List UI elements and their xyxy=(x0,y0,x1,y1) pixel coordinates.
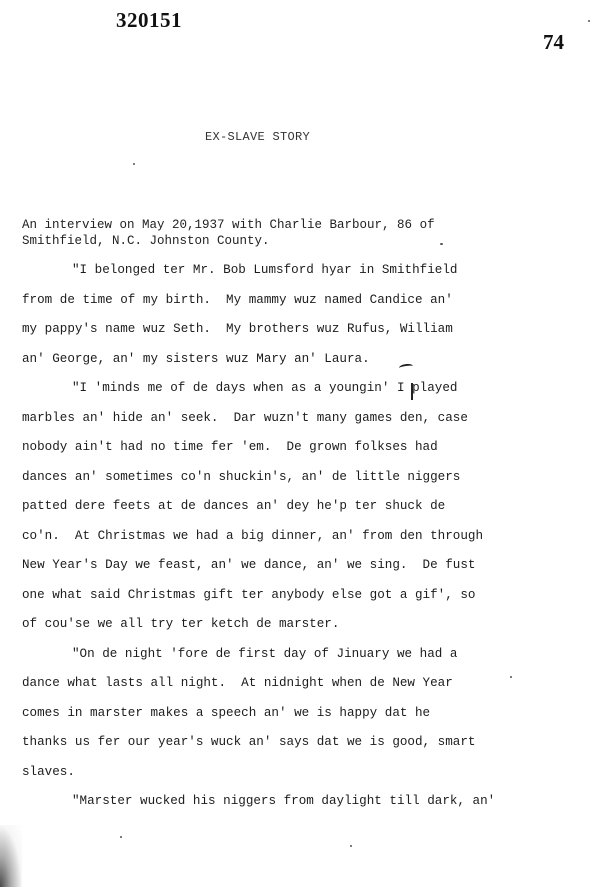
text-line: New Year's Day we feast, an' we dance, a… xyxy=(22,554,592,584)
text-line: dances an' sometimes co'n shuckin's, an'… xyxy=(22,466,592,496)
document-page: 320151 74 EX-SLAVE STORY An interview on… xyxy=(0,0,600,887)
scan-corner-smudge xyxy=(0,825,22,887)
text-line: of cou'se we all try ter ketch de marste… xyxy=(22,613,592,643)
text-line: patted dere feets at de dances an' dey h… xyxy=(22,495,592,525)
narrative-body: "I belonged ter Mr. Bob Lumsford hyar in… xyxy=(22,259,592,820)
document-number: 320151 xyxy=(116,8,182,33)
paper-speck xyxy=(588,20,590,22)
text-line: my pappy's name wuz Seth. My brothers wu… xyxy=(22,318,592,348)
text-line: one what said Christmas gift ter anybody… xyxy=(22,584,592,614)
text-line: marbles an' hide an' seek. Dar wuzn't ma… xyxy=(22,407,592,437)
text-line: co'n. At Christmas we had a big dinner, … xyxy=(22,525,592,555)
text-line: thanks us fer our year's wuck an' says d… xyxy=(22,731,592,761)
document-title: EX-SLAVE STORY xyxy=(205,130,310,144)
handwritten-caret-mark xyxy=(411,383,413,400)
paper-speck xyxy=(120,836,122,838)
paragraph-start-line: "Marster wucked his niggers from dayligh… xyxy=(22,790,592,820)
paper-speck xyxy=(510,676,512,678)
text-line: an' George, an' my sisters wuz Mary an' … xyxy=(22,348,592,378)
intro-line: An interview on May 20,1937 with Charlie… xyxy=(22,217,435,233)
text-line: nobody ain't had no time fer 'em. De gro… xyxy=(22,436,592,466)
paragraph-start-line: "I belonged ter Mr. Bob Lumsford hyar in… xyxy=(22,259,592,289)
page-number: 74 xyxy=(543,30,564,55)
text-line: comes in marster makes a speech an' we i… xyxy=(22,702,592,732)
intro-line: Smithfield, N.C. Johnston County. xyxy=(22,233,435,249)
text-line: from de time of my birth. My mammy wuz n… xyxy=(22,289,592,319)
text-line: slaves. xyxy=(22,761,592,791)
paper-speck xyxy=(440,243,443,245)
paragraph-start-line: "I 'minds me of de days when as a youngi… xyxy=(22,377,592,407)
interview-intro: An interview on May 20,1937 with Charlie… xyxy=(22,217,435,249)
paragraph-start-line: "On de night 'fore de first day of Jinua… xyxy=(22,643,592,673)
paper-speck xyxy=(350,845,352,847)
paper-speck xyxy=(133,163,135,165)
text-line: dance what lasts all night. At nidnight … xyxy=(22,672,592,702)
